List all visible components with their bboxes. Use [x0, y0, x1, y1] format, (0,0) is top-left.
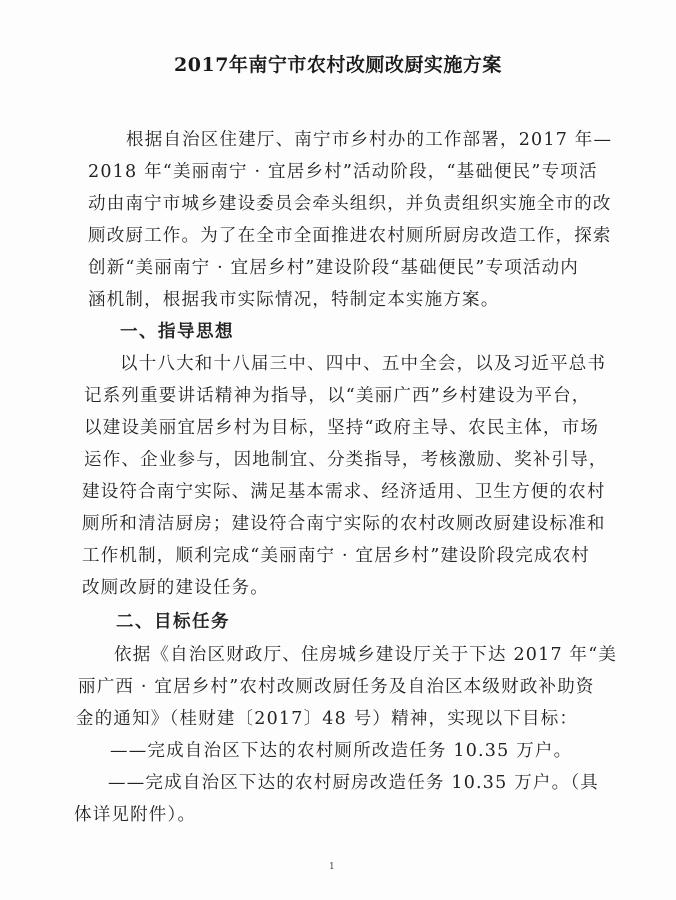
paragraph-line: 涵机制，根据我市实际情况，特制定本实施方案。: [88, 290, 499, 310]
document-title: 2017年南宁市农村改厕改厨实施方案: [0, 50, 676, 77]
paragraph-line: 依据《自治区财政厅、住房城乡建设厅关于下达 2017 年“美: [114, 645, 617, 665]
page-number: 1: [329, 862, 335, 872]
paragraph-line: 丽广西 · 宜居乡村”农村改厕改厨任务及自治区本级财政补助资: [78, 677, 595, 697]
paragraph-line: 厕所和清洁厨房；建设符合南宁实际的农村改厕改厨建设标准和: [82, 514, 606, 534]
paragraph-line: 根据自治区住建厅、南宁市乡村办的工作部署，2017 年—: [126, 130, 612, 150]
paragraph-line: 工作机制，顺利完成“美丽南宁 · 宜居乡村”建设阶段完成农村: [82, 546, 590, 566]
paragraph-line: 创新“美丽南宁 · 宜居乡村”建设阶段“基础便民”专项活动内: [88, 258, 579, 278]
paragraph-line: 运作、企业参与，因地制宜、分类指导，考核激励、奖补引导，: [84, 450, 608, 470]
paragraph-line: 2018 年“美丽南宁 · 宜居乡村”活动阶段，“基础便民”专项活: [88, 162, 598, 182]
section-heading-guiding-ideology: 一、指导思想: [120, 322, 234, 342]
section-heading-targets: 二、目标任务: [116, 612, 230, 632]
paragraph-line: 体详见附件）。: [74, 805, 196, 825]
paragraph-line: 改厕改厨的建设任务。: [82, 578, 269, 598]
paragraph-line: 以建设美丽宜居乡村为目标，坚持“政府主导、农民主体，市场: [84, 418, 599, 438]
target-item-toilet: ——完成自治区下达的农村厕所改造任务 10.35 万户。: [110, 741, 572, 761]
paragraph-line: 动由南宁市城乡建设委员会牵头组织，并负责组织实施全市的改: [88, 194, 612, 214]
paragraph-line: 记系列重要讲话精神为指导，以“美丽广西”乡村建设为平台，: [84, 386, 591, 406]
paragraph-line: 厕改厨工作。为了在全市全面推进农村厕所厨房改造工作，探索: [88, 226, 612, 246]
target-item-kitchen: ——完成自治区下达的农村厨房改造任务 10.35 万户。（具: [108, 773, 599, 793]
paragraph-line: 建设符合南宁实际、满足基本需求、经济适用、卫生方便的农村: [82, 482, 606, 502]
paragraph-line: 以十八大和十八届三中、四中、五中全会，以及习近平总书: [120, 354, 606, 374]
paragraph-line: 金的通知》（桂财建〔2017〕48 号）精神，实现以下目标：: [76, 709, 578, 729]
document-page: 2017年南宁市农村改厕改厨实施方案 根据自治区住建厅、南宁市乡村办的工作部署，…: [0, 0, 676, 900]
